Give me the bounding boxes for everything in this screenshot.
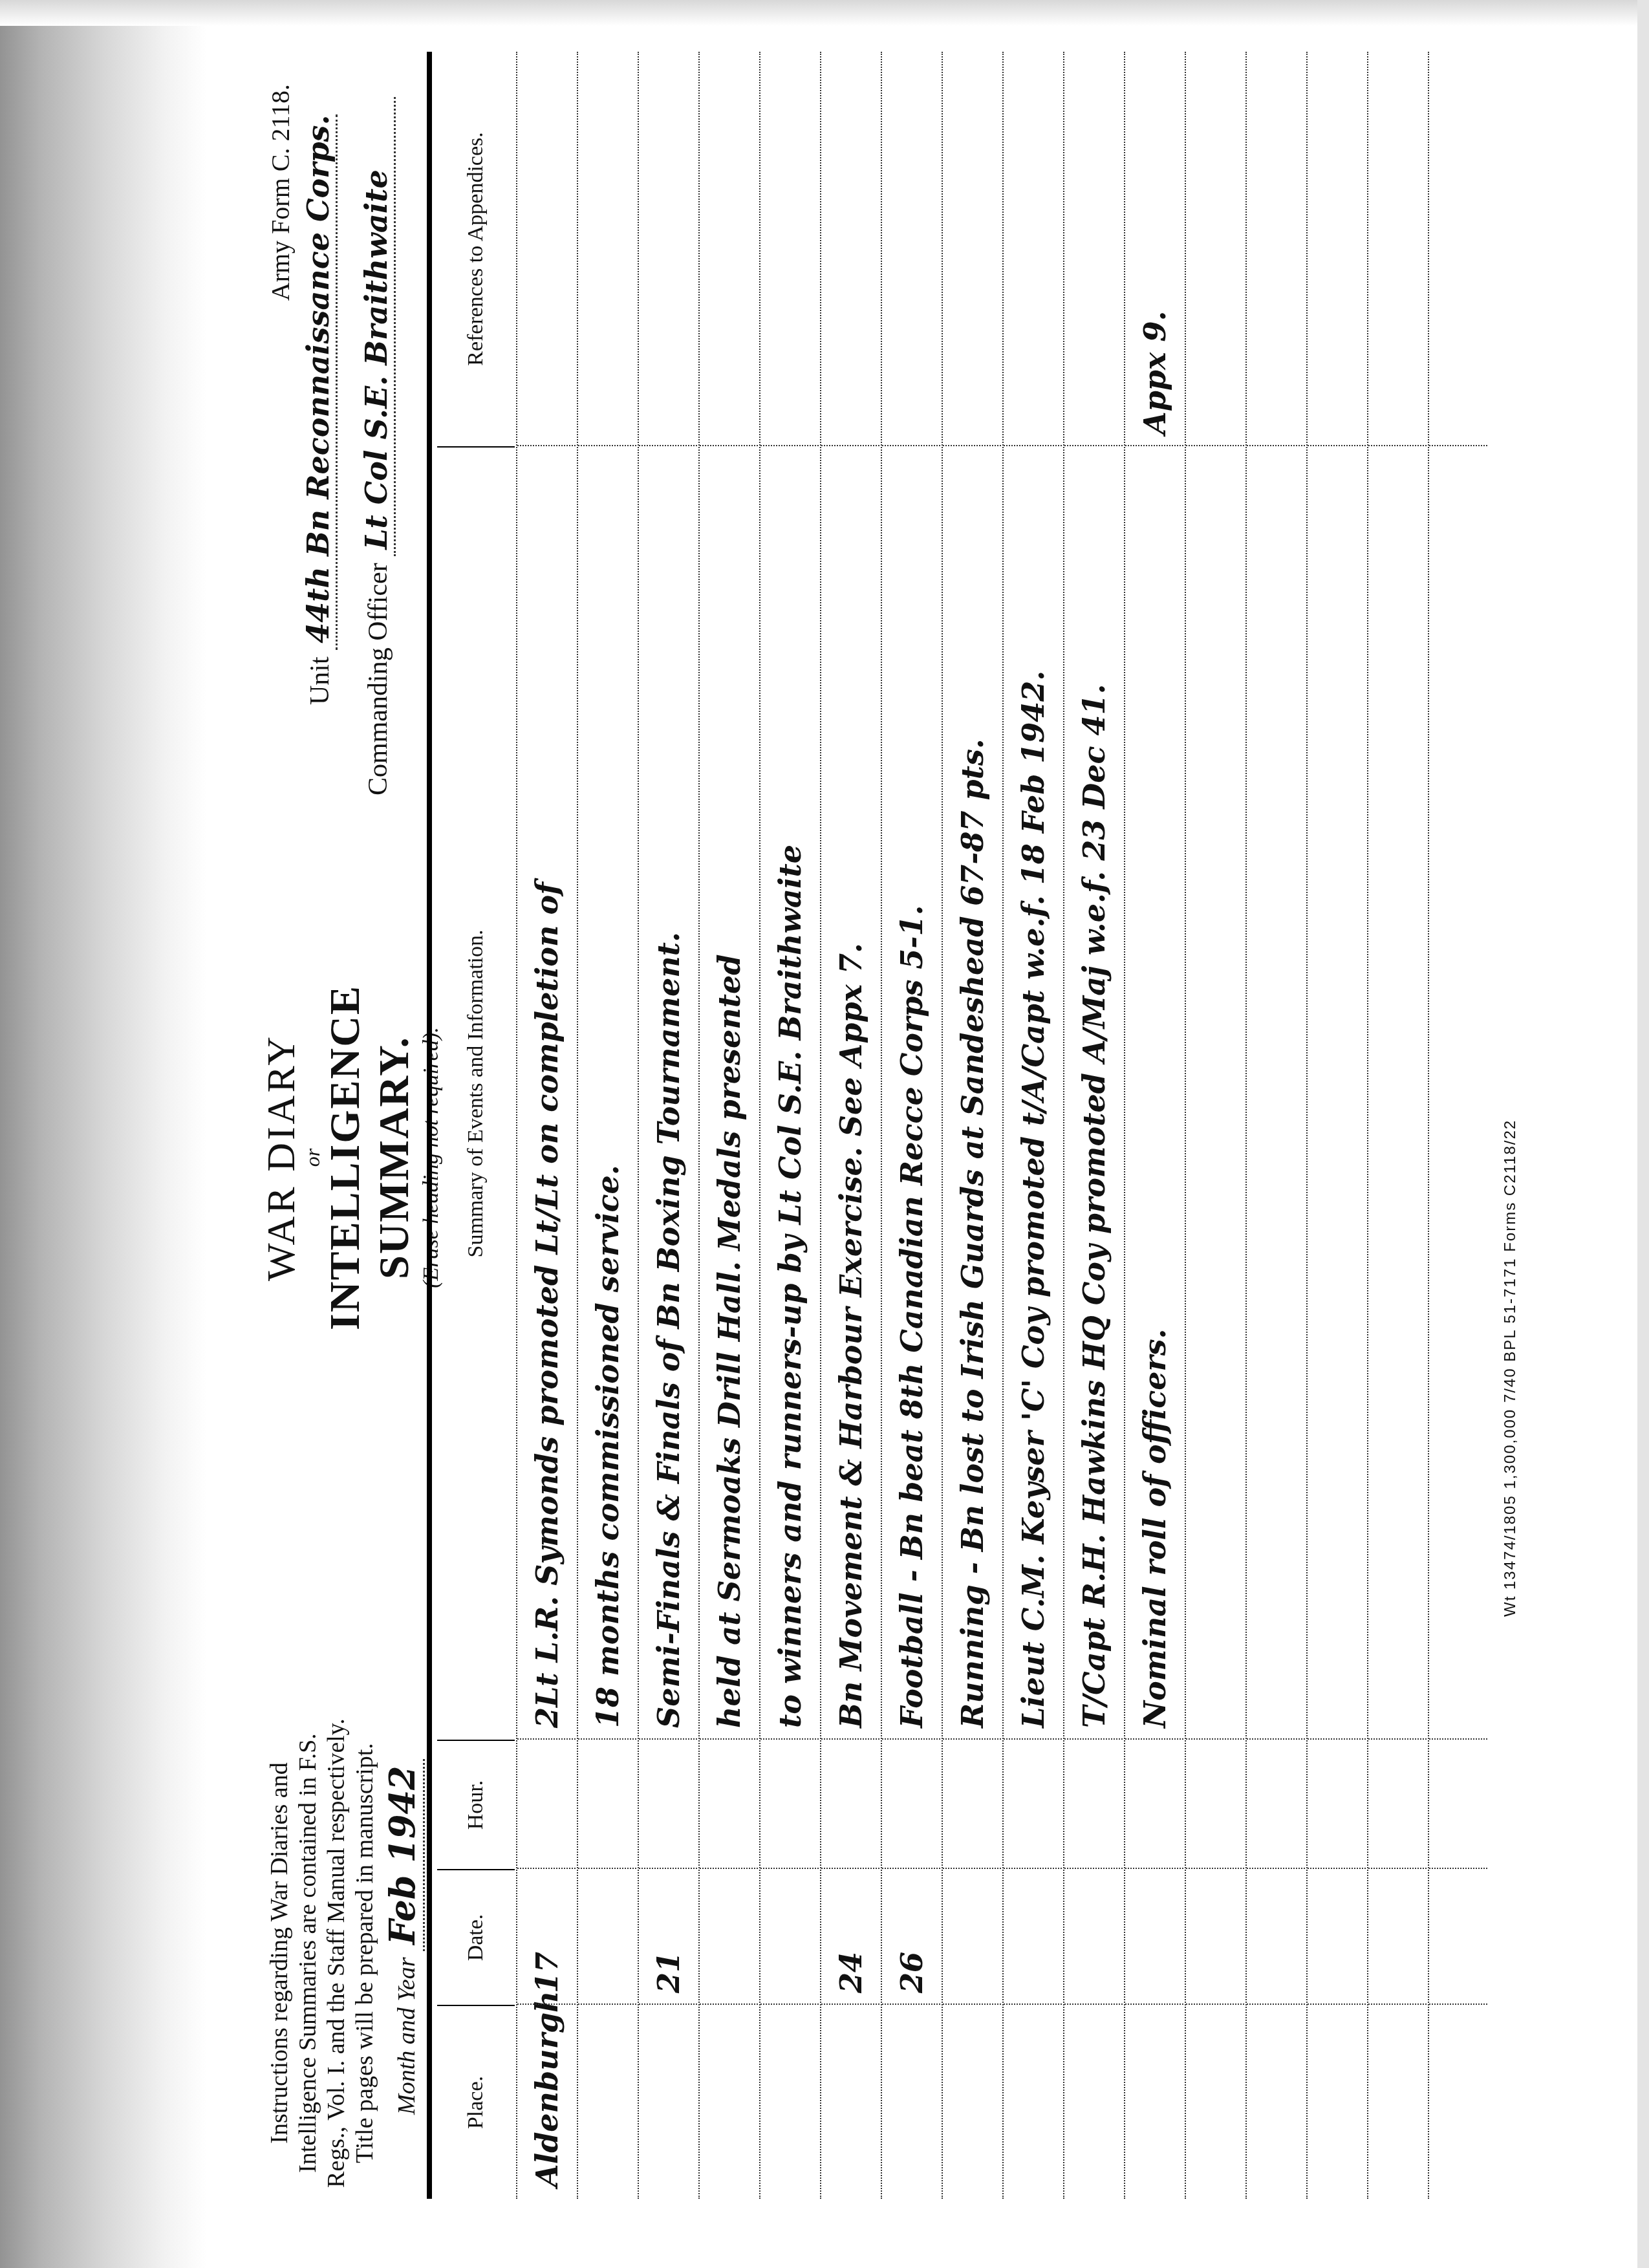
column-header-place: Place. [437, 2005, 515, 2199]
table-row: Nominal roll of officers.Appx 9. [1124, 52, 1183, 2199]
column-divider [1186, 1738, 1244, 1740]
cell-date: 24 [821, 1952, 881, 1993]
instructions-text: Instructions regarding War Diaries and I… [265, 1707, 379, 2199]
column-divider [1004, 445, 1062, 446]
column-divider [1064, 445, 1123, 446]
column-divider [1308, 1738, 1366, 1740]
column-divider [1247, 1738, 1305, 1740]
column-divider [1429, 1738, 1487, 1740]
cell-summary: T/Capt R.H. Hawkins HQ Coy promoted A/Ma… [1064, 684, 1124, 1728]
column-divider [943, 1738, 1001, 1740]
table-row: Lieut C.M. Keyser 'C' Coy promoted t/A/C… [1002, 52, 1062, 2199]
column-divider [1308, 2003, 1366, 2005]
scan-shadow [0, 0, 207, 2268]
month-year-value: Feb 1942 [382, 1759, 425, 1951]
column-divider [1429, 1868, 1487, 1869]
column-divider [517, 2003, 576, 2005]
column-divider [639, 1868, 697, 1869]
column-divider [1125, 445, 1183, 446]
form-title: WAR DIARY or INTELLIGENCE SUMMARY. (Eras… [259, 867, 444, 1449]
column-divider [1125, 1868, 1183, 1869]
column-header-summary: Summary of Events and Information. [437, 446, 515, 1740]
cell-summary: Football - Bn beat 8th Canadian Recce Co… [882, 905, 942, 1728]
table-row [1185, 52, 1244, 2199]
column-header-hour: Hour. [437, 1740, 515, 1869]
table-row [1245, 52, 1305, 2199]
commanding-officer-field: Commanding Officer Lt Col S.E. Braithwai… [359, 97, 396, 795]
column-divider [760, 1738, 819, 1740]
table-row: to winners and runners-up by Lt Col S.E.… [759, 52, 819, 2199]
table-row: 21Semi-Finals & Finals of Bn Boxing Tour… [638, 52, 697, 2199]
table-row [1306, 52, 1366, 2199]
scan-shadow-top [0, 0, 1649, 26]
column-divider [1125, 2003, 1183, 2005]
cell-ref: Appx 9. [1125, 311, 1185, 435]
column-divider [1186, 2003, 1244, 2005]
cell-summary: held at Sermoaks Drill Hall. Medals pres… [700, 955, 759, 1728]
column-divider [517, 1868, 576, 1869]
column-divider [1308, 1868, 1366, 1869]
cell-date: 17 [517, 1952, 577, 1993]
column-divider [1064, 1868, 1123, 1869]
war-diary-form: Instructions regarding War Diaries and I… [246, 26, 1526, 2225]
column-divider [760, 2003, 819, 2005]
column-divider [1429, 445, 1487, 446]
column-divider [821, 445, 879, 446]
column-divider [821, 2003, 879, 2005]
column-divider [700, 1868, 758, 1869]
column-divider [1247, 445, 1305, 446]
table-row: T/Capt R.H. Hawkins HQ Coy promoted A/Ma… [1063, 52, 1123, 2199]
column-divider [1368, 1868, 1427, 1869]
column-divider [517, 1738, 576, 1740]
column-divider [943, 2003, 1001, 2005]
co-value: Lt Col S.E. Braithwaite [359, 97, 396, 556]
column-divider [639, 2003, 697, 2005]
column-header-references: References to Appendices. [437, 52, 515, 446]
column-divider [639, 1738, 697, 1740]
column-divider [1368, 2003, 1427, 2005]
cell-summary: Bn Movement & Harbour Exercise. See Appx… [821, 943, 881, 1728]
column-divider [1186, 1868, 1244, 1869]
unit-label: Unit [305, 656, 335, 705]
co-label: Commanding Officer [363, 563, 393, 795]
table-row: Aldenburgh172Lt L.R. Symonds promoted Lt… [516, 52, 576, 2199]
table-row [1367, 52, 1427, 2199]
page-edge [1637, 0, 1649, 2268]
column-divider [1004, 2003, 1062, 2005]
column-divider [1368, 445, 1427, 446]
table-row: 24Bn Movement & Harbour Exercise. See Ap… [820, 52, 879, 2199]
cell-summary: Running - Bn lost to Irish Guards at San… [943, 739, 1002, 1728]
month-year-label: Month and Year [393, 1957, 420, 2115]
column-divider [760, 1868, 819, 1869]
month-year-field: Month and Year Feb 1942 [382, 1759, 423, 2115]
army-form-number: Army Form C. 2118. [265, 84, 296, 301]
cell-date: 26 [882, 1952, 942, 1993]
column-divider [578, 445, 636, 446]
column-divider [882, 1868, 940, 1869]
column-divider [578, 1868, 636, 1869]
cell-summary: 18 months commissioned service. [578, 1165, 638, 1728]
column-divider [1247, 2003, 1305, 2005]
cell-summary: Nominal roll of officers. [1125, 1328, 1185, 1728]
column-divider [760, 445, 819, 446]
column-divider [1004, 1868, 1062, 1869]
unit-value: 44th Bn Reconnaissance Corps. [301, 114, 338, 649]
column-header-date: Date. [437, 1869, 515, 2005]
column-divider [1368, 1738, 1427, 1740]
cell-place: Aldenburgh [517, 1991, 577, 2188]
table-row: Running - Bn lost to Irish Guards at San… [942, 52, 1001, 2199]
column-divider [1429, 2003, 1487, 2005]
table-row: held at Sermoaks Drill Hall. Medals pres… [698, 52, 758, 2199]
column-divider [882, 1738, 940, 1740]
diary-table: Place. Date. Hour. Summary of Events and… [427, 52, 1493, 2199]
column-divider [821, 1738, 879, 1740]
form-header: Instructions regarding War Diaries and I… [246, 26, 414, 2225]
column-divider [578, 1738, 636, 1740]
cell-summary: to winners and runners-up by Lt Col S.E.… [760, 845, 820, 1728]
column-divider [578, 2003, 636, 2005]
column-divider [639, 445, 697, 446]
column-divider [1186, 445, 1244, 446]
column-divider [943, 1868, 1001, 1869]
column-divider [517, 445, 576, 446]
column-divider [882, 2003, 940, 2005]
table-row: 26Football - Bn beat 8th Canadian Recce … [881, 52, 940, 2199]
column-divider [821, 1868, 879, 1869]
column-divider [1064, 1738, 1123, 1740]
column-divider [700, 1738, 758, 1740]
column-divider [882, 445, 940, 446]
table-row [1428, 52, 1487, 2199]
column-divider [1125, 1738, 1183, 1740]
cell-summary: 2Lt L.R. Symonds promoted Lt/Lt on compl… [517, 882, 577, 1728]
column-divider [1308, 445, 1366, 446]
cell-summary: Lieut C.M. Keyser 'C' Coy promoted t/A/C… [1004, 671, 1063, 1728]
unit-field: Unit 44th Bn Reconnaissance Corps. [301, 114, 338, 705]
column-divider [700, 2003, 758, 2005]
column-divider [1064, 2003, 1123, 2005]
table-row: 18 months commissioned service. [577, 52, 636, 2199]
cell-date: 21 [639, 1952, 698, 1993]
title-war-diary: WAR DIARY [259, 867, 305, 1449]
column-divider [1247, 1868, 1305, 1869]
printer-imprint: Wt 13474/1805 1,300,000 7/40 BPL 51-7171… [1502, 1119, 1520, 1617]
column-divider [1004, 1738, 1062, 1740]
cell-summary: Semi-Finals & Finals of Bn Boxing Tourna… [639, 932, 698, 1728]
title-intelligence-summary: INTELLIGENCE SUMMARY. [321, 867, 419, 1449]
column-divider [943, 445, 1001, 446]
column-divider [700, 445, 758, 446]
